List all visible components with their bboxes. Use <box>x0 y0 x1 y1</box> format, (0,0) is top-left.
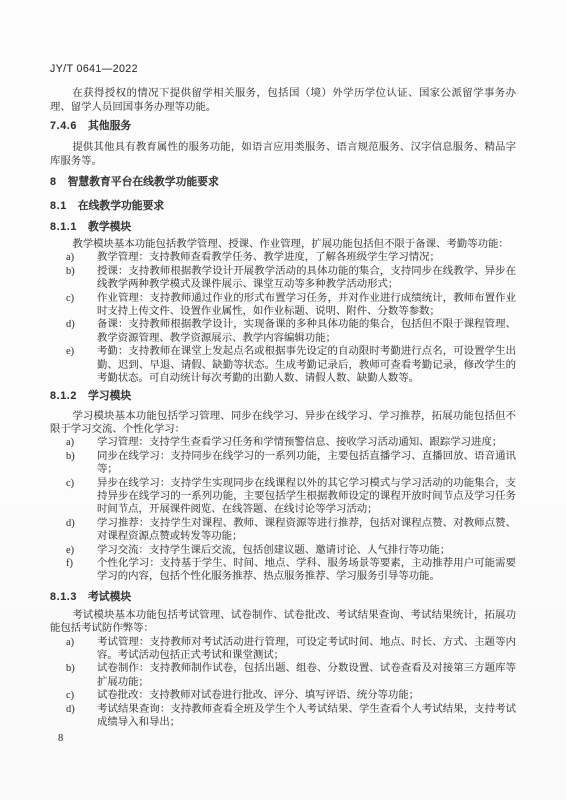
clause-text: 学习交流：支持学生课后交流，包括创建议题、邀请讨论、人气排行等功能； <box>97 544 516 557</box>
clause-text: 学习推荐：支持学生对课程、教师、课程资源等进行推荐，包括对课程点赞、对教师点赞、… <box>97 517 516 544</box>
clause-item: c) 异步在线学习：支持学生实现同步在线课程以外的其它学习模式与学习活动的功能集… <box>97 477 516 517</box>
heading-8: 8智慧教育平台在线教学功能要求 <box>50 176 516 189</box>
heading-8-1-2: 8.1.2学习模块 <box>50 390 516 403</box>
clause-label: e) <box>66 345 74 358</box>
clause-label: a) <box>66 251 74 264</box>
lead-learning-module: 学习模块基本功能包括学习管理、同步在线学习、异步在线学习、学习推荐，拓展功能包括… <box>50 410 516 437</box>
clause-item: c) 试卷批改：支持教师对试卷进行批改、评分、填写评语、统分等功能； <box>97 689 516 702</box>
clause-text: 考试结果查询：支持教师查看全班及学生个人考试结果、学生查看个人考试结果，支持考试… <box>97 703 516 730</box>
clause-item: d) 学习推荐：支持学生对课程、教师、课程资源等进行推荐，包括对课程点赞、对教师… <box>97 517 516 544</box>
heading-8-1: 8.1在线教学功能要求 <box>50 200 516 213</box>
clause-label: c) <box>66 292 74 305</box>
section-number: 8.1.2 <box>50 390 77 402</box>
lead-teaching-module: 教学模块基本功能包括教学管理、授课、作业管理，扩展功能包括但不限于备课、考勤等功… <box>50 238 516 251</box>
clause-label: e) <box>66 544 74 557</box>
doc-code: JY/T 0641—2022 <box>50 63 516 76</box>
clause-label: a) <box>66 436 74 449</box>
section-title: 其他服务 <box>88 120 131 132</box>
section-number: 7.4.6 <box>50 120 77 132</box>
clause-item: e) 考勤：支持教师在课堂上发起点名或根据事先设定的自动限时考勤进行点名，可设置… <box>97 345 516 385</box>
clause-label: d) <box>66 517 75 530</box>
clause-item: b) 同步在线学习：支持同步在线学习的一系列功能，主要包括直播学习、直播回放、语… <box>97 450 516 477</box>
section-title: 考试模块 <box>88 591 131 603</box>
para-other-services: 提供其他具有教育属性的服务功能，如语言应用类服务、语言规范服务、汉字信息服务、精… <box>50 141 516 168</box>
section-number: 8 <box>50 176 57 188</box>
clause-list-teaching: a) 教学管理：支持教师查看教学任务、教学进度，了解各班级学生学习情况； b) … <box>50 251 516 385</box>
clause-text: 同步在线学习：支持同步在线学习的一系列功能，主要包括直播学习、直播回放、语音通讯… <box>97 450 516 477</box>
para-study-abroad-services: 在获得授权的情况下提供留学相关服务，包括国（境）外学历学位认证、国家公派留学事务… <box>50 87 516 114</box>
section-title: 在线教学功能要求 <box>78 200 164 212</box>
clause-text: 学习管理：支持学生查看学习任务和学情预警信息、接收学习活动通知、跟踪学习进度； <box>97 436 516 449</box>
clause-label: b) <box>66 265 75 278</box>
clause-label: a) <box>66 636 74 649</box>
clause-text: 授课：支持教师根据教学设计开展教学活动的具体功能的集合，支持同步在线教学、异步在… <box>97 265 516 292</box>
clause-item: d) 考试结果查询：支持教师查看全班及学生个人考试结果、学生查看个人考试结果，支… <box>97 703 516 730</box>
page-number: 8 <box>58 732 63 745</box>
document-page: JY/T 0641—2022 在获得授权的情况下提供留学相关服务，包括国（境）外… <box>0 0 566 800</box>
heading-7-4-6: 7.4.6其他服务 <box>50 120 516 133</box>
section-title: 教学模块 <box>88 221 131 233</box>
section-number: 8.1 <box>50 200 67 212</box>
clause-text: 考勤：支持教师在课堂上发起点名或根据事先设定的自动限时考勤进行点名，可设置学生出… <box>97 345 516 385</box>
clause-label: b) <box>66 450 75 463</box>
clause-item: e) 学习交流：支持学生课后交流，包括创建议题、邀请讨论、人气排行等功能； <box>97 544 516 557</box>
clause-label: b) <box>66 662 75 675</box>
heading-8-1-1: 8.1.1教学模块 <box>50 221 516 234</box>
clause-label: d) <box>66 318 75 331</box>
clause-list-exam: a) 考试管理：支持教师对考试活动进行管理，可设定考试时间、地点、时长、方式、主… <box>50 636 516 730</box>
clause-item: f) 个性化学习：支持基于学生、时间、地点、学科、服务场景等要素，主动推荐用户可… <box>97 557 516 584</box>
clause-item: a) 学习管理：支持学生查看学习任务和学情预警信息、接收学习活动通知、跟踪学习进… <box>97 436 516 449</box>
clause-item: b) 试卷制作：支持教师制作试卷，包括出题、组卷、分数设置、试卷查看及对接第三方… <box>97 662 516 689</box>
section-number: 8.1.1 <box>50 221 77 233</box>
clause-text: 作业管理：支持教师通过作业的形式布置学习任务，并对作业进行成绩统计，教师布置作业… <box>97 292 516 319</box>
clause-text: 试卷制作：支持教师制作试卷，包括出题、组卷、分数设置、试卷查看及对接第三方题库等… <box>97 662 516 689</box>
clause-label: c) <box>66 689 74 702</box>
clause-label: d) <box>66 703 75 716</box>
clause-text: 考试管理：支持教师对考试活动进行管理，可设定考试时间、地点、时长、方式、主题等内… <box>97 636 516 663</box>
clause-item: c) 作业管理：支持教师通过作业的形式布置学习任务，并对作业进行成绩统计，教师布… <box>97 292 516 319</box>
section-title: 智慧教育平台在线教学功能要求 <box>68 176 219 188</box>
clause-item: a) 教学管理：支持教师查看教学任务、教学进度，了解各班级学生学习情况； <box>97 251 516 264</box>
clause-text: 备课：支持教师根据教学设计，实现备课的多种具体功能的集合，包括但不限于课程管理、… <box>97 318 516 345</box>
clause-label: c) <box>66 477 74 490</box>
heading-8-1-3: 8.1.3考试模块 <box>50 591 516 604</box>
clause-label: f) <box>66 557 73 570</box>
lead-exam-module: 考试模块基本功能包括考试管理、试卷制作、试卷批改、考试结果查询、考试结果统计，拓… <box>50 609 516 636</box>
clause-text: 教学管理：支持教师查看教学任务、教学进度，了解各班级学生学习情况； <box>97 251 516 264</box>
section-number: 8.1.3 <box>50 591 77 603</box>
clause-item: a) 考试管理：支持教师对考试活动进行管理，可设定考试时间、地点、时长、方式、主… <box>97 636 516 663</box>
clause-list-learning: a) 学习管理：支持学生查看学习任务和学情预警信息、接收学习活动通知、跟踪学习进… <box>50 436 516 583</box>
clause-text: 异步在线学习：支持学生实现同步在线课程以外的其它学习模式与学习活动的功能集合，支… <box>97 477 516 517</box>
clause-item: b) 授课：支持教师根据教学设计开展教学活动的具体功能的集合，支持同步在线教学、… <box>97 265 516 292</box>
clause-text: 试卷批改：支持教师对试卷进行批改、评分、填写评语、统分等功能； <box>97 689 516 702</box>
clause-item: d) 备课：支持教师根据教学设计，实现备课的多种具体功能的集合，包括但不限于课程… <box>97 318 516 345</box>
clause-text: 个性化学习：支持基于学生、时间、地点、学科、服务场景等要素，主动推荐用户可能需要… <box>97 557 516 584</box>
section-title: 学习模块 <box>88 390 131 402</box>
